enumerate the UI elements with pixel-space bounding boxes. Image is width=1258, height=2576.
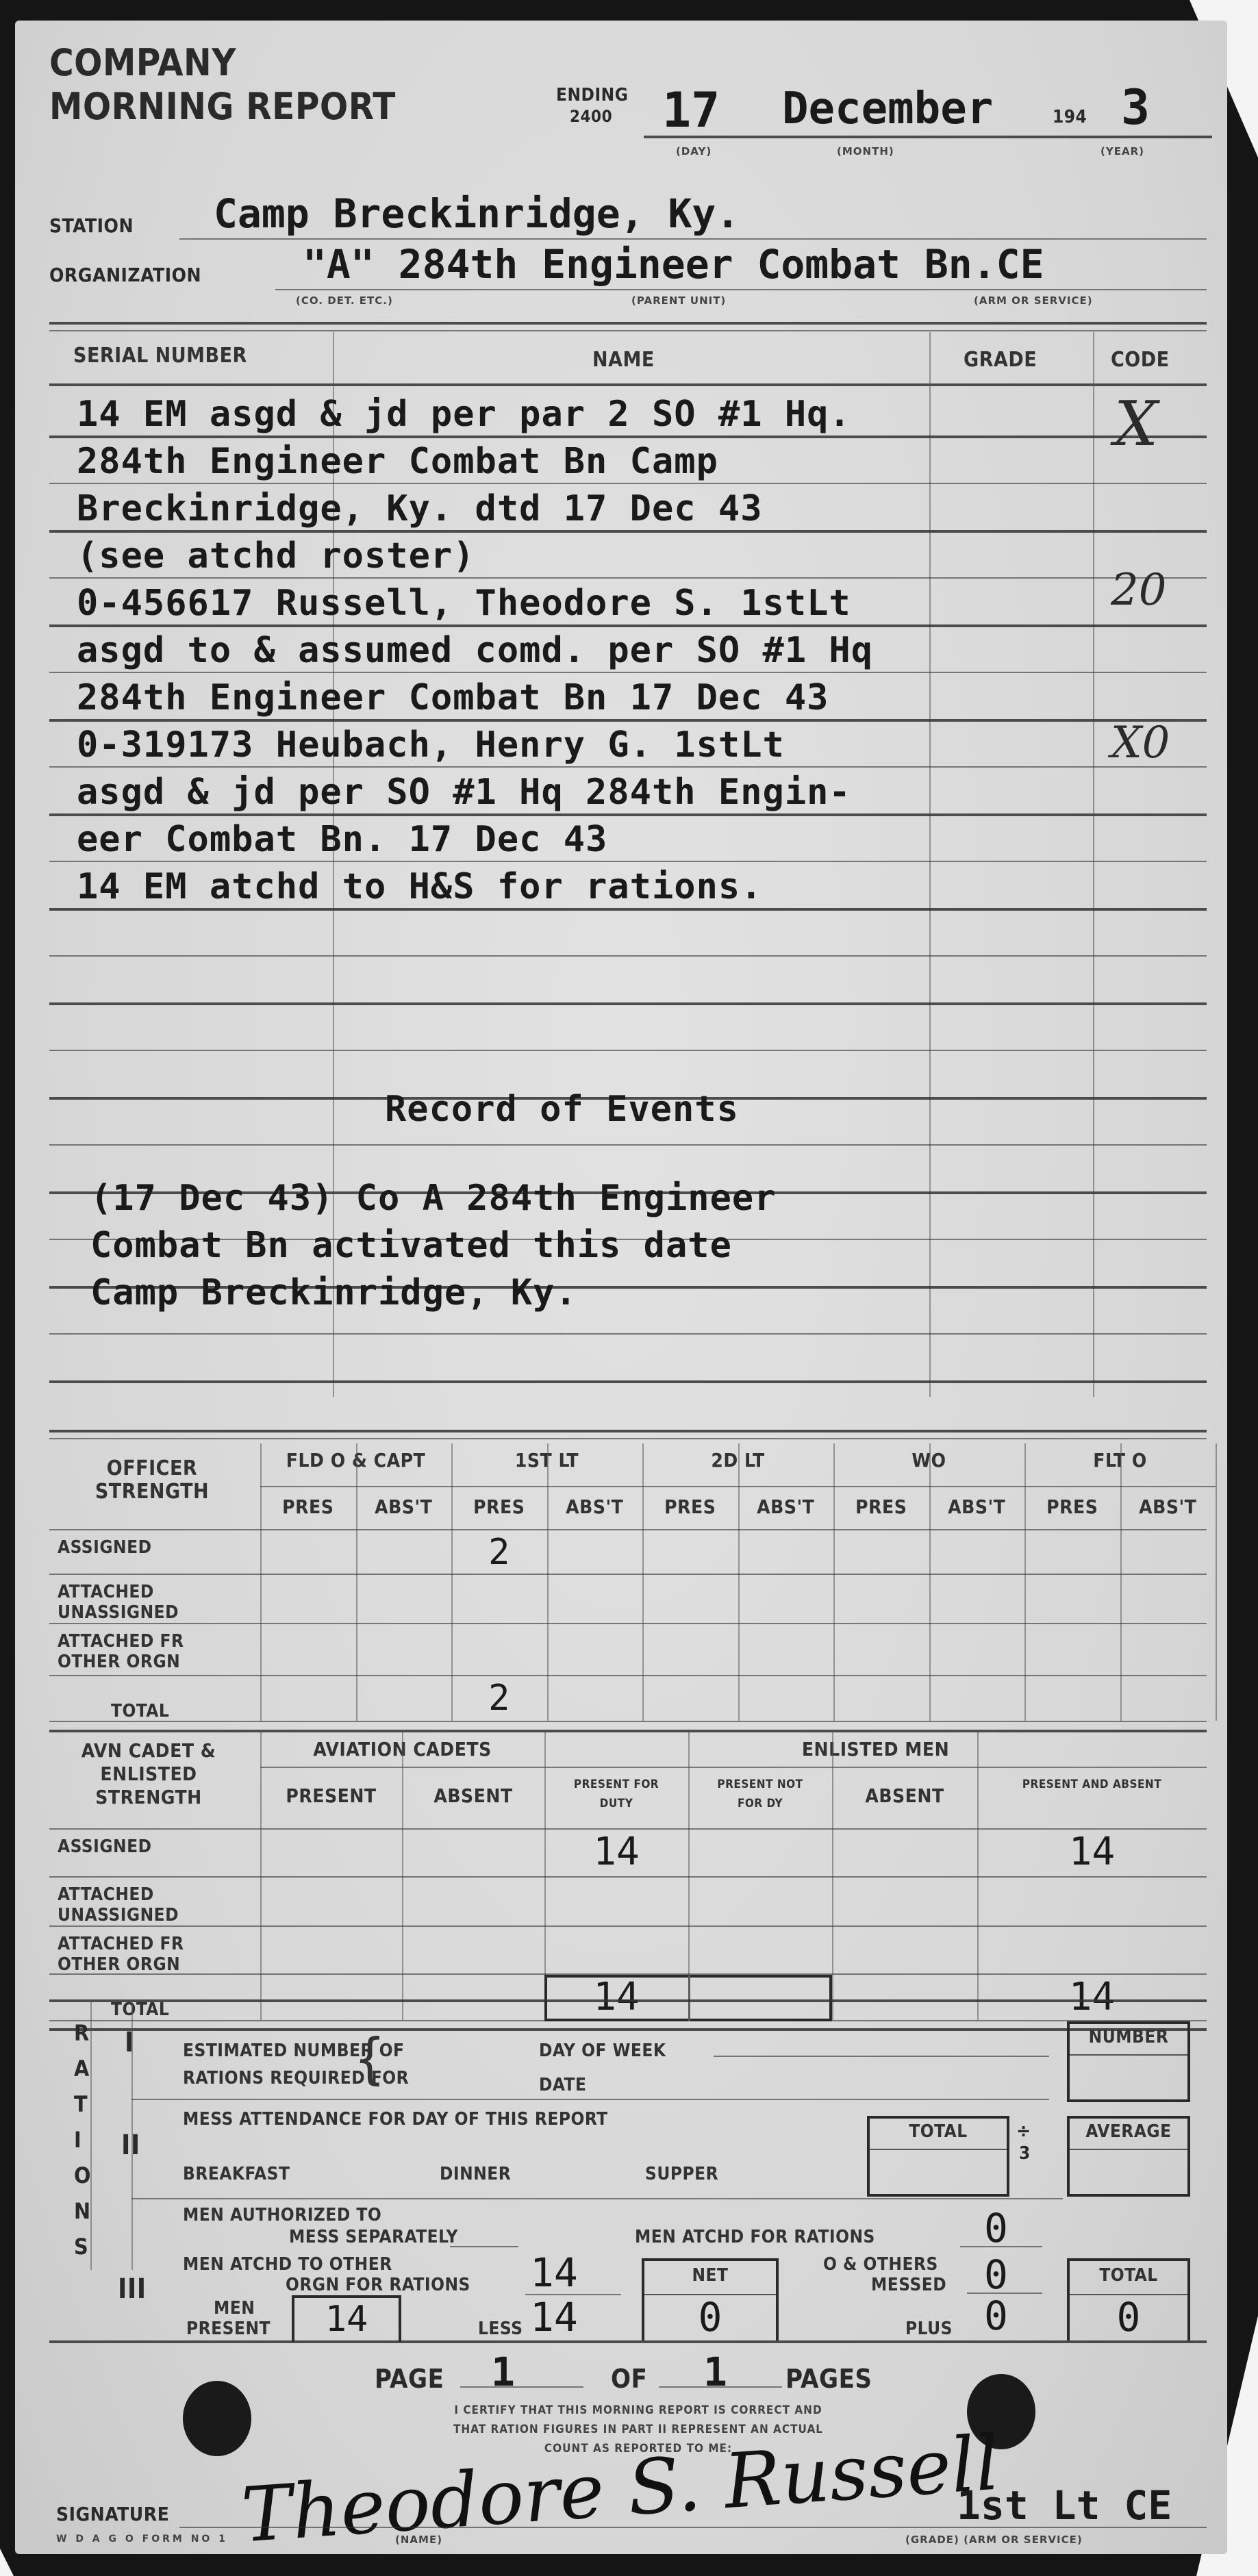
enlisted-group-header: ENLISTED MEN xyxy=(544,1739,1207,1760)
grid-line xyxy=(49,1529,1207,1530)
column-header-grade: GRADE xyxy=(964,348,1037,372)
entry-line: 14 EM asgd & jd per par 2 SO #1 Hq. xyxy=(77,394,851,435)
men-present-label: MEN xyxy=(214,2298,255,2319)
arm-service-caption: (ARM OR SERVICE) xyxy=(974,294,1093,307)
divide-sign: ÷ xyxy=(1016,2119,1031,2142)
punch-hole xyxy=(183,2381,251,2456)
grid-line xyxy=(49,1574,1207,1575)
number-box-label: NUMBER xyxy=(1070,2027,1187,2047)
authorized-label: MESS SEPARATELY xyxy=(289,2227,458,2247)
day-of-week-field[interactable] xyxy=(714,2056,1049,2057)
dinner-label: DINNER xyxy=(440,2164,511,2184)
organization-label: ORGANIZATION xyxy=(49,264,201,286)
report-month: December xyxy=(782,84,993,134)
officer-row-label: TOTAL xyxy=(111,1701,303,1721)
divide-by-three: 3 xyxy=(1019,2143,1031,2164)
entry-line: 0-319173 Heubach, Henry G. 1stLt xyxy=(77,724,785,766)
grid-line xyxy=(1024,1443,1026,1721)
ruled-line xyxy=(49,435,1207,438)
grid-line xyxy=(49,1730,1207,1732)
entry-line: asgd to & assumed comd. per SO #1 Hq xyxy=(77,630,873,671)
ruled-line xyxy=(49,1144,1207,1146)
entry-line: 14 EM atchd to H&S for rations. xyxy=(77,866,763,907)
rations-divider xyxy=(90,1999,92,2270)
mess-average-box[interactable]: AVERAGE xyxy=(1067,2116,1190,2197)
number-box[interactable]: NUMBER xyxy=(1067,2021,1190,2102)
others-messed-value: 0 xyxy=(984,2251,1008,2298)
code-mark: X0 xyxy=(1111,718,1170,768)
ending-label: ENDING xyxy=(556,86,628,104)
atchd-other-label: ORGN FOR RATIONS xyxy=(286,2275,470,2295)
part-divider xyxy=(131,2099,1049,2100)
atchd-for-rations-field[interactable] xyxy=(960,2246,1042,2247)
ruled-line xyxy=(49,1333,1207,1335)
rations-side-letter: S xyxy=(74,2234,88,2260)
header-divider xyxy=(49,330,1207,331)
mess-total-box[interactable]: TOTAL xyxy=(867,2116,1009,2197)
certification-text: I CERTIFY THAT THIS MORNING REPORT IS CO… xyxy=(351,2403,926,2417)
parent-unit-caption: (PARENT UNIT) xyxy=(631,294,726,307)
date-label: DATE xyxy=(539,2075,586,2095)
code-mark: X xyxy=(1114,394,1158,455)
officer-subcolumn-header: PRES xyxy=(642,1497,738,1517)
ruled-line xyxy=(49,1002,1207,1005)
officer-row-label: ASSIGNED xyxy=(58,1537,249,1558)
officer-subcolumn-header: ABS'T xyxy=(738,1497,834,1517)
grid-line xyxy=(738,1443,740,1721)
officer-subcolumn-header: ABS'T xyxy=(356,1497,452,1517)
grid-line xyxy=(49,1876,1207,1878)
enlisted-strength-header: AVN CADET & ENLISTED STRENGTH xyxy=(63,1739,234,1809)
officer-cell[interactable]: 2 xyxy=(451,1532,547,1573)
mess-average-label: AVERAGE xyxy=(1070,2121,1187,2142)
officer-subcolumn-header: ABS'T xyxy=(1120,1497,1216,1517)
less-value: 14 xyxy=(530,2294,578,2340)
rations-bottom-divider xyxy=(49,2340,1207,2343)
rations-total-value: 0 xyxy=(1070,2294,1187,2340)
morning-report-form: COMPANY MORNING REPORT ENDING 2400 17 De… xyxy=(15,21,1227,2554)
atchd-for-rations-label: MEN ATCHD FOR RATIONS xyxy=(635,2227,875,2247)
atchd-other-value: 14 xyxy=(530,2249,578,2296)
mess-attendance-label: MESS ATTENDANCE FOR DAY OF THIS REPORT xyxy=(183,2109,608,2130)
grid-line xyxy=(547,1443,549,1721)
event-line: (17 Dec 43) Co A 284th Engineer xyxy=(90,1178,777,1219)
officer-subcolumn-header: ABS'T xyxy=(547,1497,643,1517)
column-header-code: CODE xyxy=(1111,348,1170,372)
entry-line: 0-456617 Russell, Theodore S. 1stLt xyxy=(77,583,851,624)
grid-line xyxy=(49,1623,1207,1624)
page-label: PAGE xyxy=(375,2364,444,2394)
signer-grade: 1st Lt CE xyxy=(957,2482,1172,2529)
form-number: W D A G O FORM NO 1 xyxy=(56,2534,228,2545)
enlisted-column-header: PRESENT FOR DUTY xyxy=(544,1775,688,1813)
enlisted-column-header: PRESENT xyxy=(260,1786,402,1806)
rations-side-letter: T xyxy=(74,2091,88,2117)
officer-row-label: ATTACHED FR OTHER ORGN xyxy=(58,1631,249,1672)
enlisted-cell[interactable]: 14 xyxy=(977,1975,1207,2019)
report-year: 3 xyxy=(1121,79,1150,136)
officer-subcolumn-header: PRES xyxy=(451,1497,547,1517)
rations-side-letter: N xyxy=(74,2198,91,2224)
officer-subcolumn-header: PRES xyxy=(833,1497,929,1517)
ruled-line xyxy=(49,766,1207,768)
rations-side-letter: R xyxy=(74,2020,90,2046)
part-numeral: III xyxy=(118,2273,147,2305)
organization-value: "A" 284th Engineer Combat Bn.CE xyxy=(303,241,1044,288)
men-present-box[interactable]: 14 xyxy=(292,2295,401,2342)
brace: { xyxy=(354,2027,386,2091)
record-of-events-heading: Record of Events xyxy=(385,1089,739,1130)
grid-line xyxy=(356,1443,357,1721)
page-count: 1 xyxy=(703,2349,727,2395)
atchd-other-label: MEN ATCHD TO OTHER xyxy=(183,2254,392,2275)
ruled-line xyxy=(49,530,1207,533)
entry-line: Breckinridge, Ky. dtd 17 Dec 43 xyxy=(77,488,763,529)
ruled-line xyxy=(49,577,1207,579)
supper-label: SUPPER xyxy=(645,2164,718,2184)
form-title-line1: COMPANY xyxy=(49,41,236,85)
ruled-line xyxy=(49,672,1207,673)
grid-line xyxy=(49,2028,1207,2031)
enlisted-column-header: ABSENT xyxy=(832,1786,977,1806)
entry-line: 284th Engineer Combat Bn Camp xyxy=(77,441,718,482)
atchd-for-rations-value: 0 xyxy=(984,2205,1008,2251)
plus-value: 0 xyxy=(984,2293,1008,2339)
part-numeral: II xyxy=(121,2130,140,2161)
header-divider xyxy=(49,322,1207,325)
officer-row-label: ATTACHED UNASSIGNED xyxy=(58,1582,249,1623)
authorized-field[interactable] xyxy=(450,2246,518,2247)
enlisted-column-header: PRESENT NOT FOR DY xyxy=(688,1775,832,1813)
enlisted-row-label: TOTAL xyxy=(111,1999,303,2020)
signature-label: SIGNATURE xyxy=(56,2503,169,2525)
column-header-serial: SERIAL NUMBER xyxy=(73,344,247,368)
rations-total-box[interactable]: TOTAL 0 xyxy=(1067,2258,1190,2340)
company-caption: (CO. DET. ETC.) xyxy=(296,294,393,307)
enlisted-row-label: ATTACHED FR OTHER ORGN xyxy=(58,1934,249,1975)
officer-strength-header: OFFICER STRENGTH xyxy=(77,1457,227,1504)
table-header-divider xyxy=(49,383,1207,386)
others-messed-label: O & OTHERS xyxy=(823,2254,938,2275)
others-messed-label: MESSED xyxy=(871,2275,946,2295)
rations-side-letter: I xyxy=(74,2127,81,2153)
day-caption: (DAY) xyxy=(676,145,712,157)
column-header-name: NAME xyxy=(592,348,655,372)
grid-line xyxy=(833,1443,835,1721)
authorized-label: MEN AUTHORIZED TO xyxy=(183,2205,381,2225)
part-numeral: I xyxy=(125,2027,134,2058)
ruled-line xyxy=(49,624,1207,627)
entry-line: 284th Engineer Combat Bn 17 Dec 43 xyxy=(77,677,829,718)
event-line: Combat Bn activated this date xyxy=(90,1225,732,1266)
grid-line xyxy=(688,1975,690,2021)
form-title-line2: MORNING REPORT xyxy=(49,85,396,129)
officer-subcolumn-header: PRES xyxy=(260,1497,356,1517)
of-label: OF xyxy=(611,2364,647,2394)
grid-line xyxy=(49,1675,1207,1676)
ruled-line xyxy=(49,1050,1207,1051)
grid-line xyxy=(49,1925,1207,1927)
officer-subcolumn-header: ABS'T xyxy=(929,1497,1025,1517)
station-value: Camp Breckinridge, Ky. xyxy=(214,190,740,237)
grid-line xyxy=(260,1443,262,1721)
name-caption: (NAME) xyxy=(395,2534,442,2546)
ruled-line xyxy=(49,719,1207,722)
enlisted-row-label: ATTACHED UNASSIGNED xyxy=(58,1884,249,1925)
column-divider xyxy=(1093,332,1094,1397)
less-label: LESS xyxy=(478,2319,523,2339)
station-underline xyxy=(179,238,1207,240)
plus-label: PLUS xyxy=(905,2319,953,2339)
enlisted-cell[interactable]: 14 xyxy=(544,1830,688,1874)
entry-line: asgd & jd per SO #1 Hq 284th Engin- xyxy=(77,772,851,813)
grid-line xyxy=(1120,1443,1122,1721)
net-value: 0 xyxy=(644,2294,776,2340)
ruled-line xyxy=(49,1380,1207,1383)
page-count-field[interactable] xyxy=(659,2386,782,2388)
code-mark: 20 xyxy=(1111,565,1166,616)
grade-caption: (GRADE) (ARM OR SERVICE) xyxy=(905,2534,1083,2546)
event-line: Camp Breckinridge, Ky. xyxy=(90,1272,577,1313)
report-day: 17 xyxy=(662,82,720,138)
page-number-field[interactable] xyxy=(460,2386,583,2388)
ruled-line xyxy=(49,813,1207,816)
grid-line xyxy=(1216,1443,1217,1721)
enlisted-column-header: ABSENT xyxy=(402,1786,544,1806)
entry-line: eer Combat Bn. 17 Dec 43 xyxy=(77,819,607,860)
part-divider xyxy=(131,2198,1063,2199)
ruled-line xyxy=(49,483,1207,484)
day-of-week-label: DAY OF WEEK xyxy=(539,2041,666,2061)
rations-side-letter: A xyxy=(74,2056,90,2082)
section-divider xyxy=(49,1438,1207,1439)
enlisted-cell[interactable]: 14 xyxy=(977,1830,1207,1874)
enlisted-column-header: PRESENT AND ABSENT xyxy=(977,1775,1207,1794)
grid-line xyxy=(642,1443,644,1721)
men-present-label: PRESENT xyxy=(186,2319,271,2339)
men-present-value: 14 xyxy=(294,2298,399,2340)
grid-line xyxy=(929,1443,931,1721)
month-caption: (MONTH) xyxy=(837,145,894,157)
ruled-line xyxy=(49,861,1207,862)
officer-subcolumn-header: PRES xyxy=(1024,1497,1120,1517)
rations-top-divider xyxy=(49,1999,1207,2002)
section-divider xyxy=(49,1430,1207,1432)
column-divider xyxy=(929,332,931,1397)
ruled-line xyxy=(49,908,1207,911)
net-label: NET xyxy=(644,2265,776,2286)
entry-line: (see atchd roster) xyxy=(77,535,475,577)
date-underline xyxy=(644,136,1212,138)
year-caption: (YEAR) xyxy=(1100,145,1144,157)
officer-cell[interactable]: 2 xyxy=(451,1678,547,1719)
scan-corner xyxy=(0,2549,14,2576)
mess-total-label: TOTAL xyxy=(870,2121,1007,2142)
ending-time-label: 2400 xyxy=(570,107,612,126)
rations-side-letter: O xyxy=(74,2162,91,2188)
net-box[interactable]: NET 0 xyxy=(642,2258,779,2340)
grid-line xyxy=(260,1486,1216,1487)
rations-total-label: TOTAL xyxy=(1070,2265,1187,2286)
page-number: 1 xyxy=(491,2349,515,2395)
organization-underline xyxy=(275,289,1207,290)
enlisted-row-label: ASSIGNED xyxy=(58,1836,249,1857)
year-prefix: 194 xyxy=(1053,107,1087,127)
station-label: STATION xyxy=(49,214,134,237)
pages-label: PAGES xyxy=(785,2364,872,2394)
ruled-line xyxy=(49,955,1207,957)
breakfast-label: BREAKFAST xyxy=(183,2164,290,2184)
